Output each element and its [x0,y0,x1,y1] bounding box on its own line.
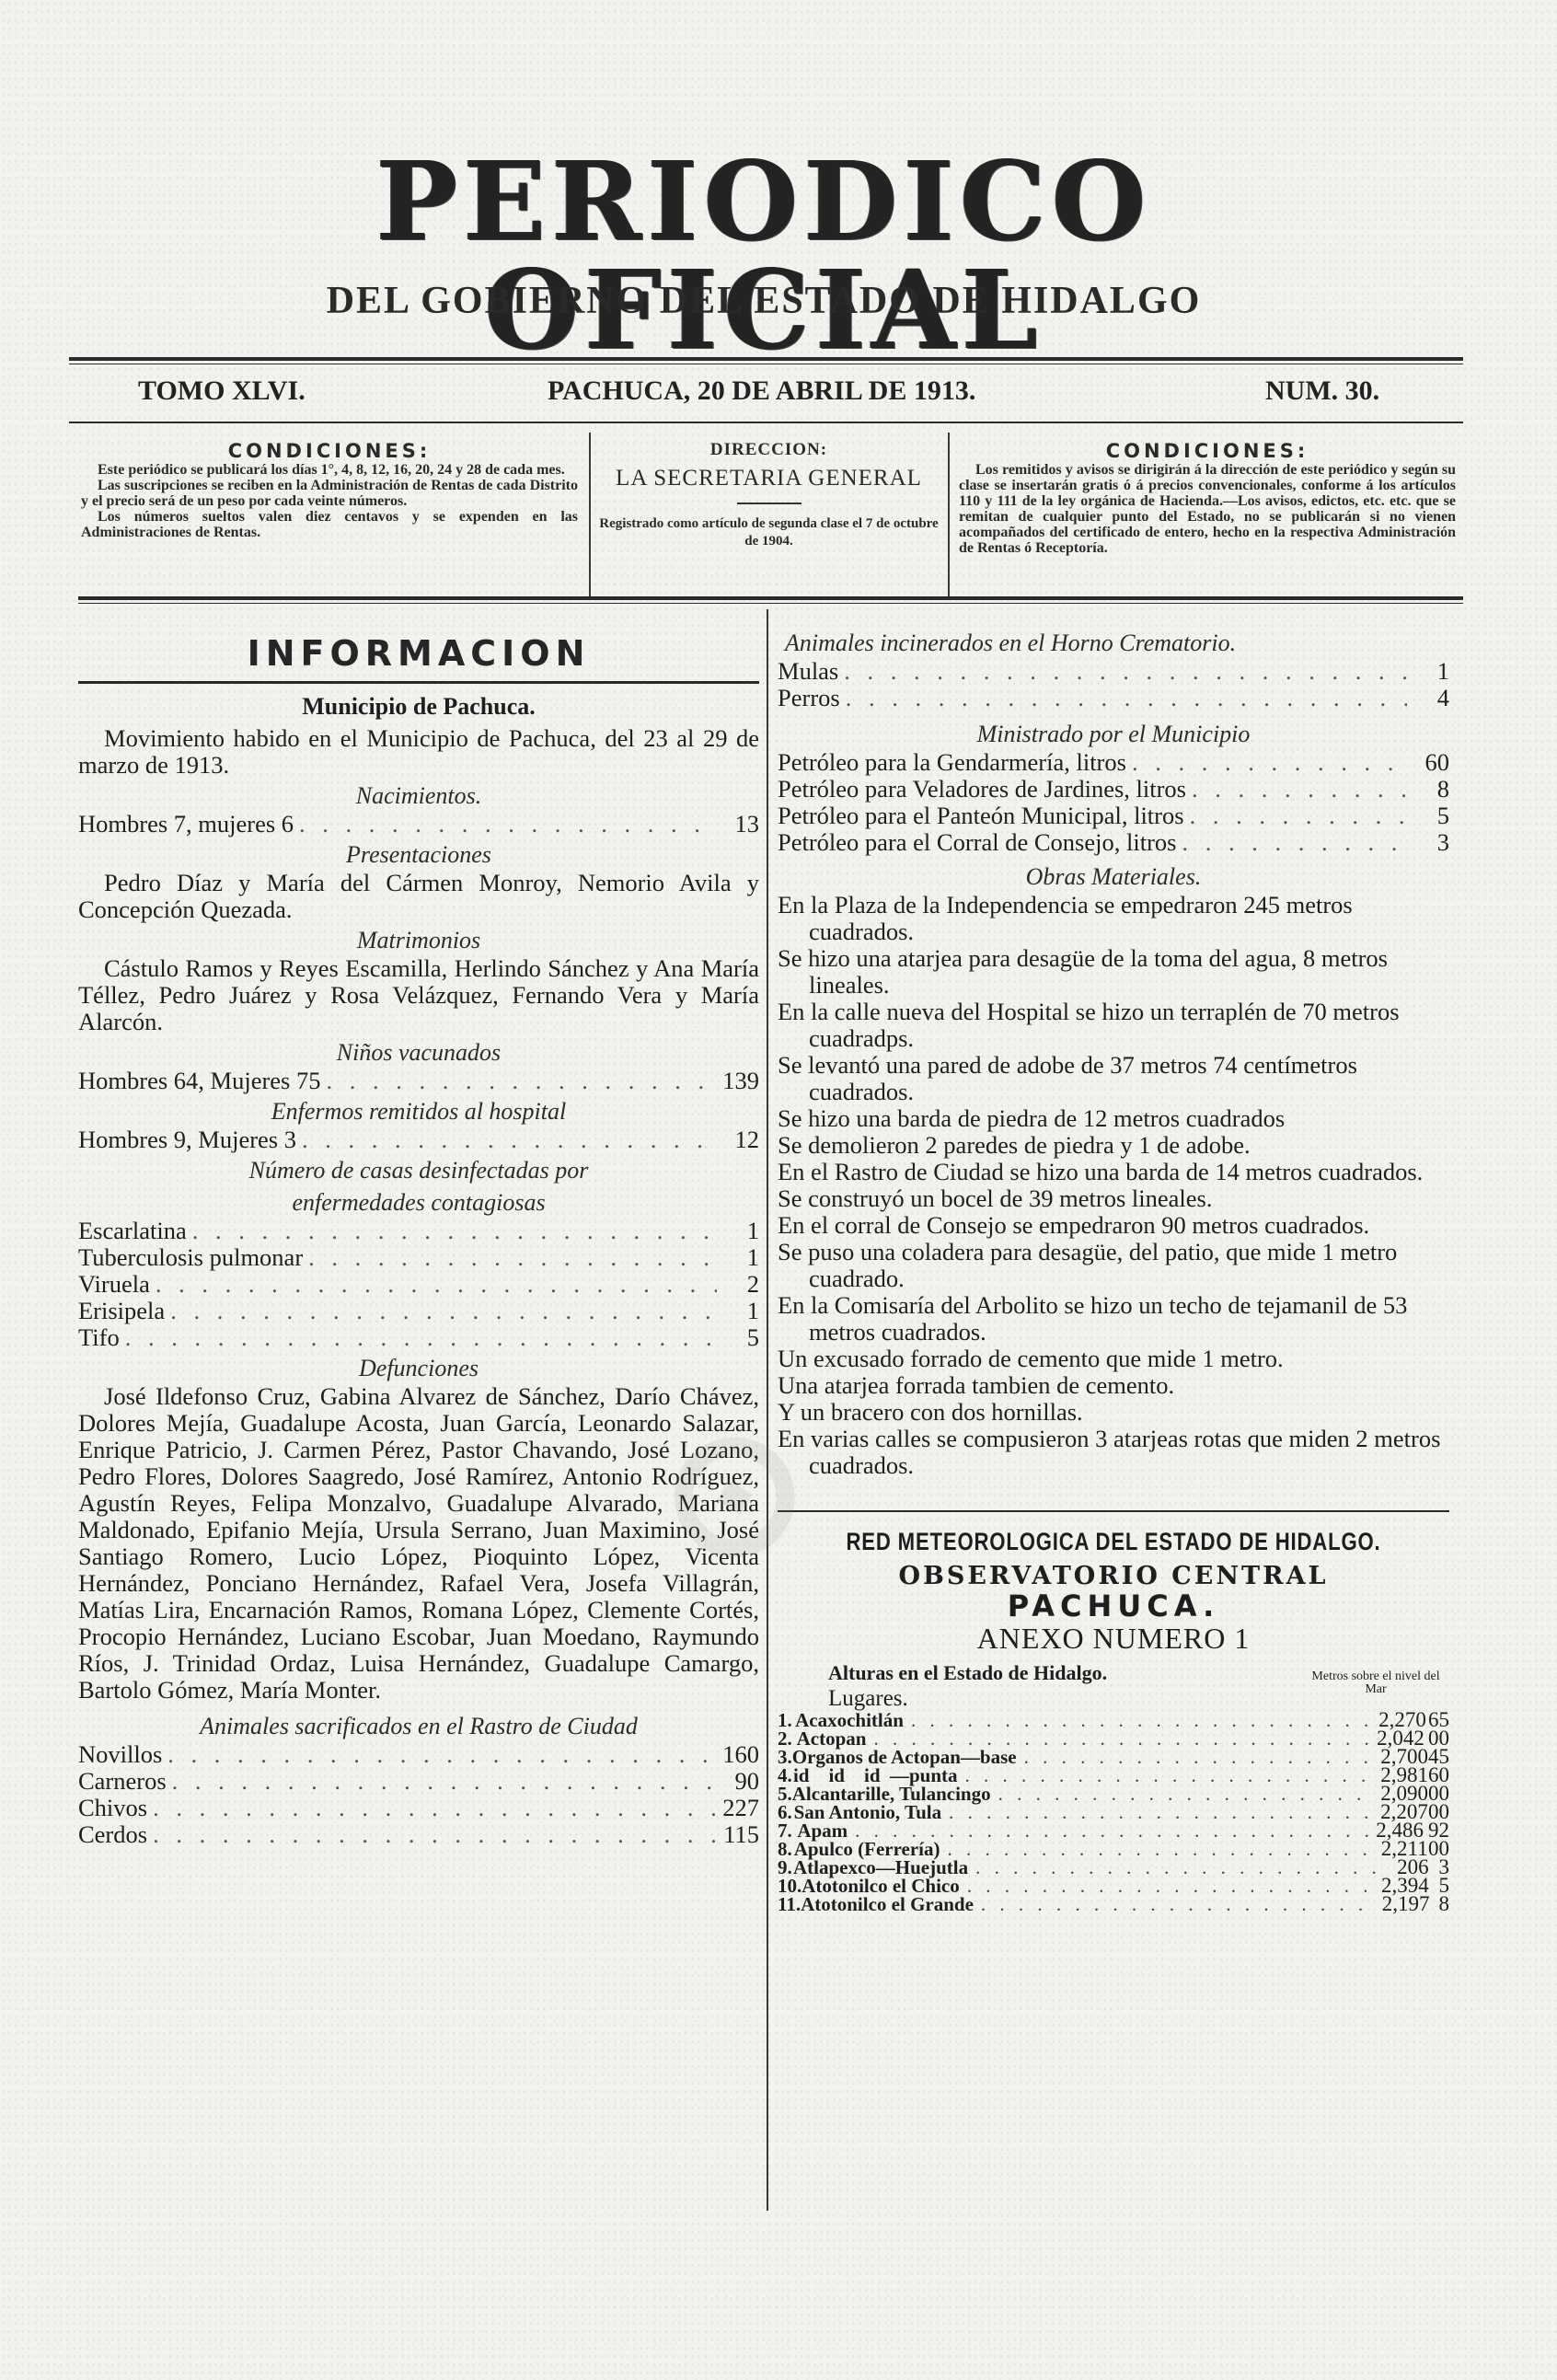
conditions-left: CONDICIONES: Este periódico se publicará… [81,440,578,540]
registration-note: Registrado como artículo de segunda clas… [596,515,941,550]
altitude-row: 2.Actopan2,04200 [778,1729,1449,1748]
obras-item: Se puso una coladera para desagüe, del p… [778,1239,1449,1292]
petroleo-row: Petróleo para Veladores de Jardines, lit… [778,776,1449,803]
obras-item: En la Comisaría del Arbolito se hizo un … [778,1292,1449,1346]
matrimonios-heading: Matrimonios [78,927,759,953]
altitude-row: 10.Atotonilco el Chico2,3945 [778,1877,1449,1895]
obras-item: Un excusado forrado de cemento que mide … [778,1346,1449,1372]
conditions-right-p1: Los remitidos y avisos se dirigirán á la… [959,462,1456,556]
hospital-row: Hombres 9, Mujeres 312 [78,1126,759,1153]
disease-row: Viruela2 [78,1271,759,1298]
altitude-row: 4.id id id —punta2,98160 [778,1766,1449,1785]
altitude-table-title: Alturas en el Estado de Hidalgo. [828,1659,1107,1686]
meteo-observatory-title: OBSERVATORIO CENTRAL [778,1563,1449,1589]
masthead-subtitle: DEL GOBIERNO DEL ESTADO DE HIDALGO [120,279,1408,323]
desinfectadas-heading-2: enfermedades contagiosas [78,1189,759,1216]
animal-row: Chivos227 [78,1795,759,1821]
sacrificados-heading: Animales sacrificados en el Rastro de Ci… [78,1713,759,1739]
conditions-left-p2: Las suscripciones se reciben en la Admin… [81,478,578,509]
nacimientos-row: Hombres 7, mujeres 613 [78,811,759,838]
petroleo-row: Petróleo para el Panteón Municipal, litr… [778,803,1449,829]
disease-row: Escarlatina1 [78,1218,759,1244]
vacunados-heading: Niños vacunados [78,1039,759,1066]
conditions-left-heading: CONDICIONES: [81,440,578,462]
obras-item: En el Rastro de Ciudad se hizo una barda… [778,1159,1449,1185]
disease-row: Tifo5 [78,1324,759,1351]
altitude-row: 6.San Antonio, Tula2,20700 [778,1803,1449,1821]
obras-item: Se construyó un bocel de 39 metros linea… [778,1185,1449,1212]
altitude-row: 5.Alcantarille, Tulancingo2,09000 [778,1785,1449,1803]
header-bottom-rule [78,596,1463,600]
conditions-right-heading: CONDICIONES: [959,440,1456,462]
disease-row: Erisipela1 [78,1298,759,1324]
defunciones-text: José Ildefonso Cruz, Gabina Alvarez de S… [78,1383,759,1704]
left-column: INFORMACION Municipio de Pachuca. Movimi… [78,626,759,1848]
obras-item: En la calle nueva del Hospital se hizo u… [778,999,1449,1052]
meteo-network-title: RED METEOROLOGICA DEL ESTADO DE HIDALGO. [838,1529,1390,1555]
conditions-left-p1: Este periódico se publicará los días 1°,… [81,462,578,478]
obras-item: Una atarjea forrada tambien de cemento. [778,1372,1449,1399]
column-divider [589,433,591,596]
meteo-divider [778,1510,1449,1512]
petroleo-row: Petróleo para la Gendarmería, litros60 [778,749,1449,776]
masthead-title: PERIODICO OFICIAL [120,147,1408,364]
banner-rule [78,681,759,684]
direction-heading: DIRECCION: [596,440,941,460]
masthead-rule-top-thin [69,364,1463,364]
direction-rule [737,503,802,504]
desinfectadas-heading-1: Número de casas desinfectadas por [78,1157,759,1184]
hospital-heading: Enfermos remitidos al hospital [78,1098,759,1125]
ministrado-heading: Ministrado por el Municipio [778,721,1449,747]
conditions-right-body: Los remitidos y avisos se dirigirán á la… [959,462,1456,556]
conditions-left-p3: Los números sueltos valen diez centavos … [81,509,578,540]
incinerados-row: Mulas1 [778,658,1449,685]
intro-paragraph: Movimiento habido en el Municipio de Pac… [78,725,759,779]
petroleo-row: Petróleo para el Corral de Consejo, litr… [778,829,1449,856]
altitude-row: 3.Organos de Actopan—base2,70045 [778,1748,1449,1766]
incinerados-row: Perros4 [778,685,1449,711]
dateline: TOMO XLVI. PACHUCA, 20 DE ABRIL DE 1913.… [78,375,1463,412]
direction-box: DIRECCION: LA SECRETARIA GENERAL Registr… [596,440,941,550]
presentaciones-heading: Presentaciones [78,841,759,868]
header-bottom-rule-thin [78,603,1463,604]
municipio-heading: Municipio de Pachuca. [78,693,759,720]
obras-item: Y un bracero con dos hornillas. [778,1399,1449,1426]
conditions-left-body: Este periódico se publicará los días 1°,… [81,462,578,540]
animal-row: Cerdos115 [78,1821,759,1848]
volume-label: TOMO XLVI. [138,375,306,407]
obras-item: Se demolieron 2 paredes de piedra y 1 de… [778,1132,1449,1159]
place-date: PACHUCA, 20 DE ABRIL DE 1913. [548,375,975,407]
altitude-table-header: Alturas en el Estado de Hidalgo. Lugares… [778,1659,1449,1711]
nacimientos-heading: Nacimientos. [78,782,759,809]
conditions-right: CONDICIONES: Los remitidos y avisos se d… [959,440,1456,556]
obras-item: Se hizo una barda de piedra de 12 metros… [778,1105,1449,1132]
obras-item: En varias calles se compusieron 3 atarje… [778,1426,1449,1479]
altitude-row: 8.Apulco (Ferrería)2,21100 [778,1840,1449,1858]
issue-number: NUM. 30. [1265,375,1379,407]
altitude-row: 7.Apam2,48692 [778,1821,1449,1840]
masthead-rule-top [69,357,1463,361]
dateline-rule [69,422,1463,423]
disease-row: Tuberculosis pulmonar1 [78,1244,759,1271]
altitude-row: 1.Acaxochitlán2,27065 [778,1711,1449,1729]
obras-item: En el corral de Consejo se empedraron 90… [778,1212,1449,1239]
meteo-city-title: PACHUCA. [778,1593,1449,1620]
vacunados-row: Hombres 64, Mujeres 75139 [78,1068,759,1094]
direction-name: LA SECRETARIA GENERAL [596,466,941,491]
altitude-row: 9.Atlapexco—Huejutla2063 [778,1858,1449,1877]
main-column-divider [767,609,768,2211]
obras-item: Se levantó una pared de adobe de 37 metr… [778,1052,1449,1105]
animal-row: Novillos160 [78,1741,759,1768]
meters-column-header: Metros sobre el nivel del Mar [1302,1670,1449,1696]
altitude-row: 11.Atotonilco el Grande2,1978 [778,1895,1449,1913]
defunciones-heading: Defunciones [78,1355,759,1381]
newspaper-page: PERIODICO OFICIAL DEL GOBIERNO DEL ESTAD… [0,0,1557,2380]
obras-item: Se hizo una atarjea para desagüe de la t… [778,945,1449,999]
incinerados-heading: Animales incinerados en el Horno Cremato… [778,630,1449,656]
section-banner-informacion: INFORMACION [78,626,759,681]
obras-item: En la Plaza de la Independencia se emped… [778,892,1449,945]
obras-heading: Obras Materiales. [778,863,1449,890]
presentaciones-text: Pedro Díaz y María del Cármen Monroy, Ne… [78,870,759,923]
right-column: Animales incinerados en el Horno Cremato… [778,626,1449,1913]
animal-row: Carneros90 [78,1768,759,1795]
matrimonios-text: Cástulo Ramos y Reyes Escamilla, Herlind… [78,955,759,1035]
meteo-annex-title: ANEXO NUMERO 1 [778,1625,1449,1652]
column-divider [948,433,950,596]
places-column-header: Lugares. [828,1685,908,1712]
